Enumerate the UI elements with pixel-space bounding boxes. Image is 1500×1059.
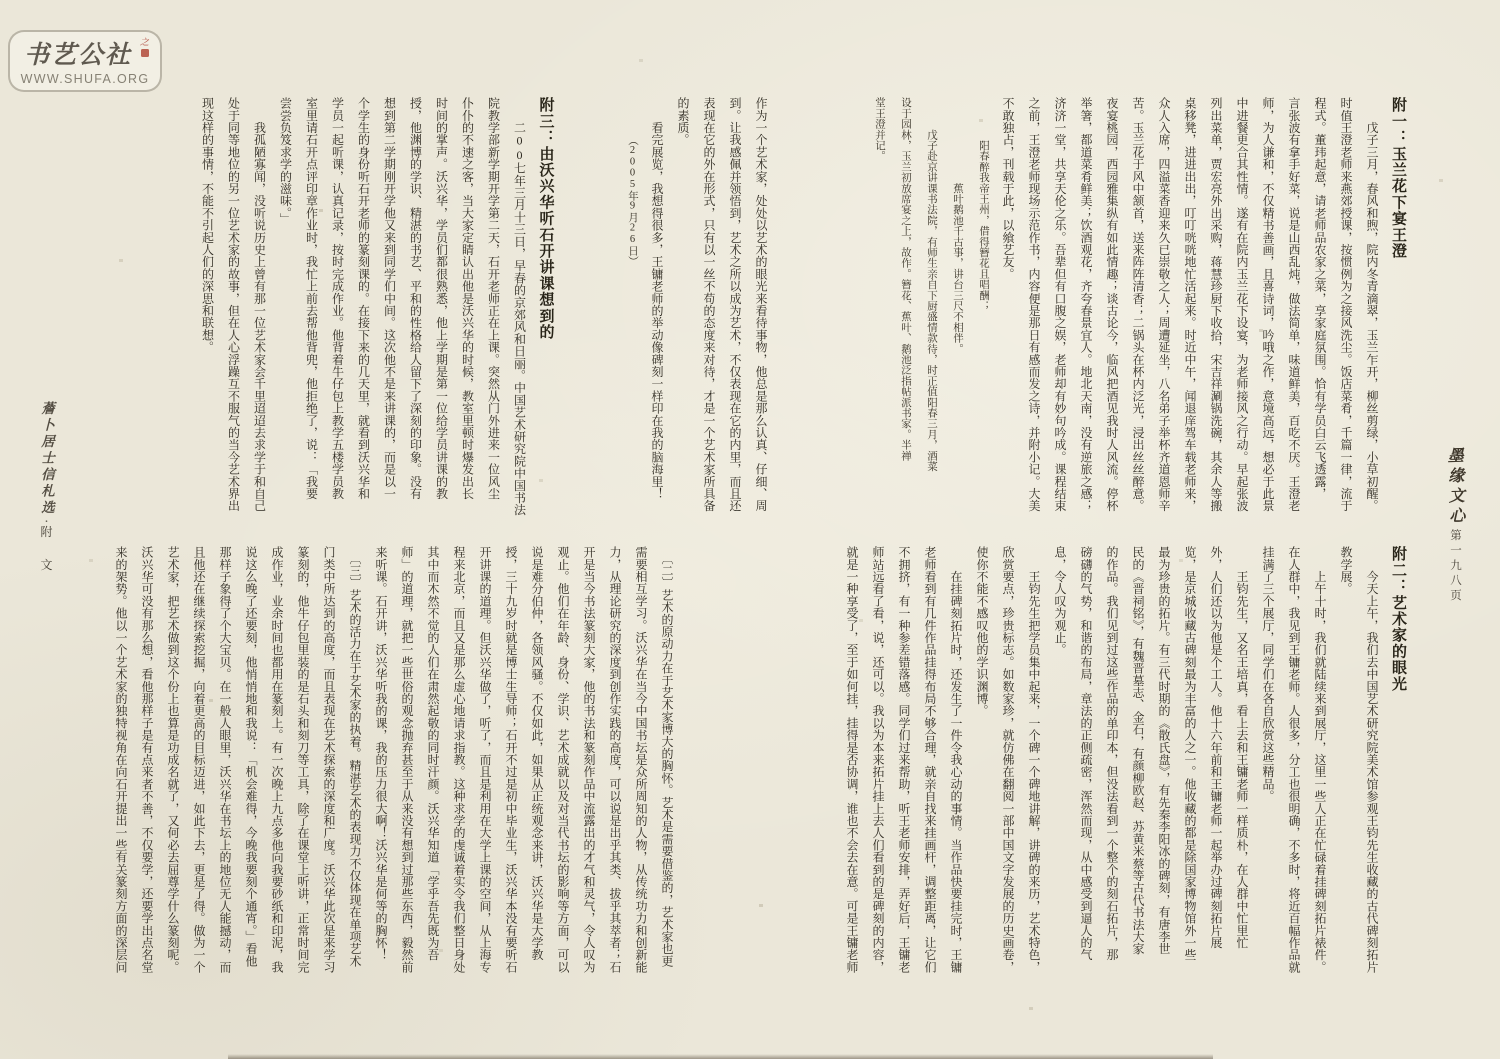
text-column: 说这么晚了还要刻，他悄悄地和我说：「机会难得，今晚我要刻个通宵。」看他 xyxy=(245,546,257,1012)
text-column: 说是难分伯仲，各领风骚。不仅如此，如果从正统观念来讲，沃兴华是大学教 xyxy=(531,546,543,1012)
text-column: 中进餐更合其性情。遂有在院内玉兰花下设宴，为老师接风之行动。早起张波 xyxy=(1236,97,1248,533)
text-column: 授，三十九岁时就是博士生导师；石开不过是初中毕业生，沃兴华本没有要听石 xyxy=(505,546,517,1012)
brand-calligraphy: 书艺公社 xyxy=(24,35,132,71)
text-column: 苦。玉兰花于风中颔首，送来阵阵清香；二锅头在杯内泛光，浸出丝丝醉意。 xyxy=(1132,97,1144,533)
scan-bottom-edge xyxy=(228,1054,1213,1059)
red-seal-icon: 之 xyxy=(139,38,150,57)
section-title: 附二：艺术家的眼光 xyxy=(1390,546,1405,1012)
text-column: 处于同等地位的另一位艺术家的故事，但在人心浮躁互不服气的当今艺术界出 xyxy=(228,97,240,533)
text-column: 戊子赴京讲课书法院，有师生亲自下厨盛情款待，时正值阳春三月，酒菜 xyxy=(926,97,937,533)
fold-title-left: 薝卜居士信札选・附 文 xyxy=(36,401,56,580)
text-column: 尝尝负笈求学的滋味。」 xyxy=(280,97,292,533)
section-title: 附三：由沃兴华听石开讲课想到的 xyxy=(538,97,553,533)
text-column: 时值王澄老师来燕郊授课，按惯例为之接风洗尘。饭店菜肴，千篇一律，流于 xyxy=(1340,97,1352,533)
text-column: 表现在它的外在形式，只有以一丝不苟的态度来对待，才是一个艺术家所具备 xyxy=(703,97,715,533)
text-column: 夜宴桃园，西园雅集纵有如此情趣；谈古论今，临风把酒见我时人风流。停杯 xyxy=(1106,97,1118,533)
section-title: 附一：玉兰花下宴王澄 xyxy=(1390,97,1405,533)
text-column: 众人入席，四溢菜香迎来久已崇敬之人；周遭延坐，八名弟子举杯齐道恩师辛 xyxy=(1158,97,1170,533)
text-column: 之前，王澄老师现场示范作书，内容便是那日有感而发之诗，并附小记。大美 xyxy=(1028,97,1040,533)
text-column: 到。让我感佩并领悟到，艺术之所以成为艺术，不仅表现在它的内里，而且还 xyxy=(729,97,741,533)
text-column: 师」的道理，就把一些世俗的观念抛弃甚至于从来没有想到过那些东西，毅然前 xyxy=(401,546,413,1012)
text-column: 院教学部新学期开学第二天，石开老师正在上课。突然从门外进来一位风尘 xyxy=(488,97,500,533)
text-column: 阳春醉我帝王州，借得簪花且唱酬； xyxy=(978,97,989,533)
fold-calligraphy-right: 墨缘文心 xyxy=(1442,447,1467,528)
text-column: 观止。他们在年龄、身份、学识、艺术成就以及对当代书坛的影响等方面，可以 xyxy=(557,546,569,1012)
text-column: 列出菜单，贾宏亮外出采购，蒋慧珍厨下收拾，宋吉祥涮锅洗碗，其余人等搬 xyxy=(1210,97,1222,533)
text-column: 不拥挤，有一种参差错落感。同学们过来帮助，听王老师安排，弄好后，王镛老 xyxy=(898,546,910,1012)
text-column: 堂王澄并记。 xyxy=(874,97,885,533)
text-column: 在挂碑刻拓片时，还发生了一件令我心动的事情。当作品快要挂完时，王镛 xyxy=(950,546,962,1012)
text-column: 今天上午，我们去中国艺术研究院美术馆参观王钧先生收藏的古代碑刻拓片 xyxy=(1366,546,1378,1012)
text-column: 举箸，都道菜肴鲜美；饮酒观花，齐夸春景宜人。地北天南，没有逆旅之感； xyxy=(1080,97,1092,533)
text-column: 仆仆的不速之客，当大家定睛认出他是沃兴华的时候，教室里顿时爆发出长 xyxy=(462,97,474,533)
text-column: 济济一堂，共享天伦之乐。吾辈但有口腹之娱，老师却有妙句吟成。课程结束 xyxy=(1054,97,1066,533)
section-label: 附 文 xyxy=(39,526,53,580)
separator-dot: ・ xyxy=(41,517,51,526)
text-column: 民的《晋祠铭》，有魏晋墓志、金石，有颜柳欧赵、苏黄米蔡等古代书法大家 xyxy=(1132,546,1144,1012)
text-column: 室里请石开点评印章作业时，我忙上前去帮他背兜，他拒绝了，说：「我要 xyxy=(306,97,318,533)
text-column: 最为珍贵的拓片。有三代时期的《散氏盘》，有先秦李阳冰的碑刻，有唐李世 xyxy=(1158,546,1170,1012)
text-column: 上午十时，我们就陆续来到展厅，这里一些人正在忙碌着挂碑刻拓片裱件。 xyxy=(1314,546,1326,1012)
text-column: 戊子三月，春风和煦，院内冬青滴翠，玉兰乍开，柳丝剪绿，小草初醒。 xyxy=(1366,97,1378,533)
text-column: 门类中所达到的高度，而且表现在艺术探索的深度和广度。沃兴华此次是来学习 xyxy=(323,546,335,1012)
paper-texture xyxy=(0,0,2,1)
book-title-calligraphy: 薝卜居士信札选 xyxy=(39,401,54,517)
text-column: 览，是京城收藏古碑刻最为丰富的人之一。他收藏的都是除国家博物馆外一些 xyxy=(1184,546,1196,1012)
text-column: 欣赏要点，珍贵标志。如数家珍，就仿佛在翻阅一部中国文字发展的历史画卷， xyxy=(1002,546,1014,1012)
text-column: 王钧先生，又名王培真，看上去和王镛老师一样质朴，在人群中忙里忙 xyxy=(1236,546,1248,1012)
text-column: 在人群中，我见到王镛老师。人很多，分工也很明确，不多时，将近百幅作品就 xyxy=(1288,546,1300,1012)
text-column: 那样子象得了个大宝贝。在一般人眼里，沃兴华在书坛上的地位无人能撼动，而 xyxy=(219,546,231,1012)
text-column: 程来北京，而且又是那么虚心地请求指教。这种求学的虔诚着实令我们整日身处 xyxy=(453,546,465,1012)
text-column: 的作品。我们见到过这些作品的单印本，但没法看到一个整个的刻石拓片，那 xyxy=(1106,546,1118,1012)
text-column: 〔二〕艺术的原动力在于艺术家博大的胸怀。艺术是需要借鉴的，艺术家也更 xyxy=(661,546,673,1012)
text-column: 且他还在继续探索挖掘，向着更高的目标迈进，如此下去，更是了得。做为一个 xyxy=(193,546,205,1012)
text-column: （2005年9月26日） xyxy=(627,97,638,533)
text-column: 〔三〕艺术的活力在于艺术家的执着。精湛艺术的表现力不仅体现在单项艺术 xyxy=(349,546,361,1012)
text-column: 言张波有拿手好菜，说是山西乱炖，做法简单，味道鲜美，百吃不厌。王澄老 xyxy=(1288,97,1300,533)
text-column: 看完展览，我想得很多，王镛老师的举动像碑刻一样印在我的脑海里！ xyxy=(651,97,663,533)
text-column: 磅礴的气势，和谐的布局，章法的正侧疏密，浑然而现，从中感受到逼人的气 xyxy=(1080,546,1092,1012)
text-column: 想到第二学期刚开学他又来到同学们中间。这次他不是来讲课的，而是以一 xyxy=(384,97,396,533)
text-column: 开讲课的道理。但沃兴华做了，听了，而且是利用在大学上课的空间，从上海专 xyxy=(479,546,491,1012)
text-column: 我孤陋寡闻，没听说历史上曾有那一位艺术家会千里迢迢去求学于和自己 xyxy=(254,97,266,533)
text-column: 挂满了三个展厅，同学们在各自欣赏这些精品。 xyxy=(1262,546,1274,1012)
text-column: 个学生的身份听石开老师的篆刻课的。在接下来的几天里，就看到沃兴华和 xyxy=(358,97,370,533)
text-column: 的素质。 xyxy=(677,97,689,533)
text-column: 时间的掌声。沃兴华，学员们都很熟悉，他上学期是第一位给学员讲课的教 xyxy=(436,97,448,533)
text-column: 需要相互学习。沃兴华在当今中国书坛是众所周知的人物，从传统功力和创新能 xyxy=(635,546,647,1012)
text-column: 王钧先生把学员集中起来，一个碑一个碑地讲解，讲碑的来历，艺术特色， xyxy=(1028,546,1040,1012)
text-column: 使你不能不感叹他的学识渊博。 xyxy=(976,546,988,1012)
text-column: 教学展。 xyxy=(1340,546,1352,1012)
shufa-watermark-logo: 书艺公社 之 WWW.SHUFA.ORG xyxy=(8,30,162,92)
text-column: 师，为人谦和，不仅精书善画，且喜诗词，吟哦之作，意境高远，想必于此景 xyxy=(1262,97,1274,533)
text-column: 篆刻的，他牛仔包里装的是石头和刻刀等工具，除了在课堂上听讲，正常时间完 xyxy=(297,546,309,1012)
text-column: 开是当今书法篆刻大家，他的书法和篆刻作品中流露出的才气和灵气，令人叹为 xyxy=(583,546,595,1012)
text-column: 现这样的事情，不能不引起人们的深思和联想。 xyxy=(202,97,214,533)
text-column: 外，人们还以为他是个工人。他十六年前和王镛老师一起举办过碑刻拓片展 xyxy=(1210,546,1222,1012)
text-column: 艺术家，把艺术做到这个份上也算是功成名就了，又何必去屈尊学什么篆刻呢。 xyxy=(167,546,179,1012)
text-column: 蕉叶鹅池千古事，讲台三尺不相伴。 xyxy=(952,97,963,533)
text-column: 授，他渊博的学识、精湛的书艺、平和的性格给人留下了深刻的印象。没有 xyxy=(410,97,422,533)
watermark-url: WWW.SHUFA.ORG xyxy=(10,72,160,86)
text-column: 来的架势。他以一个艺术家的独特视角在向石开提出一些有关篆刻方面的深层问 xyxy=(115,546,127,1012)
text-column: 设于园林，玉兰初放席宴之上，故作。簪花、蕉叶、鹅池泛指帖派书家。半禅 xyxy=(900,97,911,533)
page-number: 第一九八页 xyxy=(1447,529,1463,604)
text-column: 其中而木然不觉的人们在肃然起敬的同时汗颜。沃兴华知道「学乎吾先既为吾 xyxy=(427,546,439,1012)
article-2-end-and-article-3-block: 作为一个艺术家，处处以艺术的眼光来看待事物，他总是那么认真、仔细、周到。让我感佩… xyxy=(188,97,768,533)
text-column: 老师看到有几件作品挂得布局不够合理，就亲自找来挂画杆，调整距离，让它们 xyxy=(924,546,936,1012)
article-3-continuation-block: 〔二〕艺术的原动力在于艺术家博大的胸怀。艺术是需要借鉴的，艺术家也更需要相互学习… xyxy=(101,546,673,1012)
scanned-book-page: 书艺公社 之 WWW.SHUFA.ORG 附一：玉兰花下宴王澄 戊子三月，春风和… xyxy=(0,0,1500,1059)
article-2-block: 附二：艺术家的眼光 今天上午，我们去中国艺术研究院美术馆参观王钧先生收藏的古代碑… xyxy=(832,546,1405,1012)
text-column: 来听课。石开讲，沃兴华听我的课，我的压力很大啊！沃兴华是何等的胸怀！ xyxy=(375,546,387,1012)
text-column: 息，令人叹为观止。 xyxy=(1054,546,1066,1012)
text-column: 程式。董玮起意，请老师品农家之菜，享家庭氛围。恰有学员白云飞透露， xyxy=(1314,97,1326,533)
text-column: 作为一个艺术家，处处以艺术的眼光来看待事物，他总是那么认真、仔细、周 xyxy=(755,97,767,533)
article-1-block: 附一：玉兰花下宴王澄 戊子三月，春风和煦，院内冬青滴翠，玉兰乍开，柳丝剪绿，小草… xyxy=(858,97,1405,533)
text-column: 成作业，业余时间也都用在篆刻上。有一次晚上九点多他向我要砂纸和印泥，我 xyxy=(271,546,283,1012)
text-column: 沃兴华可没有那么想，看他那样子是有点来者不善，不仅要学，还要学出点名堂 xyxy=(141,546,153,1012)
text-column: 桌移凳，进进出出，叮叮咣咣地忙活起来。时近中午，闻退庠驾车载老师来， xyxy=(1184,97,1196,533)
text-column: 师站远看了看，说，还可以。我以为本来拓片挂上去人们看到的是碑刻的内容， xyxy=(872,546,884,1012)
text-column: 学员一起听课，认真记录，按时完成作业。他背着牛仔包上教学五楼学员教 xyxy=(332,97,344,533)
text-column: 力，从理论研究的深度到创作实践的高度，可以说是出乎其类、拔乎其萃者；石 xyxy=(609,546,621,1012)
text-column: 不敢独占，刊载于此，以飨艺友。 xyxy=(1002,97,1014,533)
text-column: 就是一种享受了，至于如何挂，挂得是否协调，谁也不会去在意。可是王镛老师 xyxy=(846,546,858,1012)
text-column: 二00七年三月十三日，早春的京郊风和日丽。中国艺术研究院中国书法 xyxy=(514,97,526,533)
